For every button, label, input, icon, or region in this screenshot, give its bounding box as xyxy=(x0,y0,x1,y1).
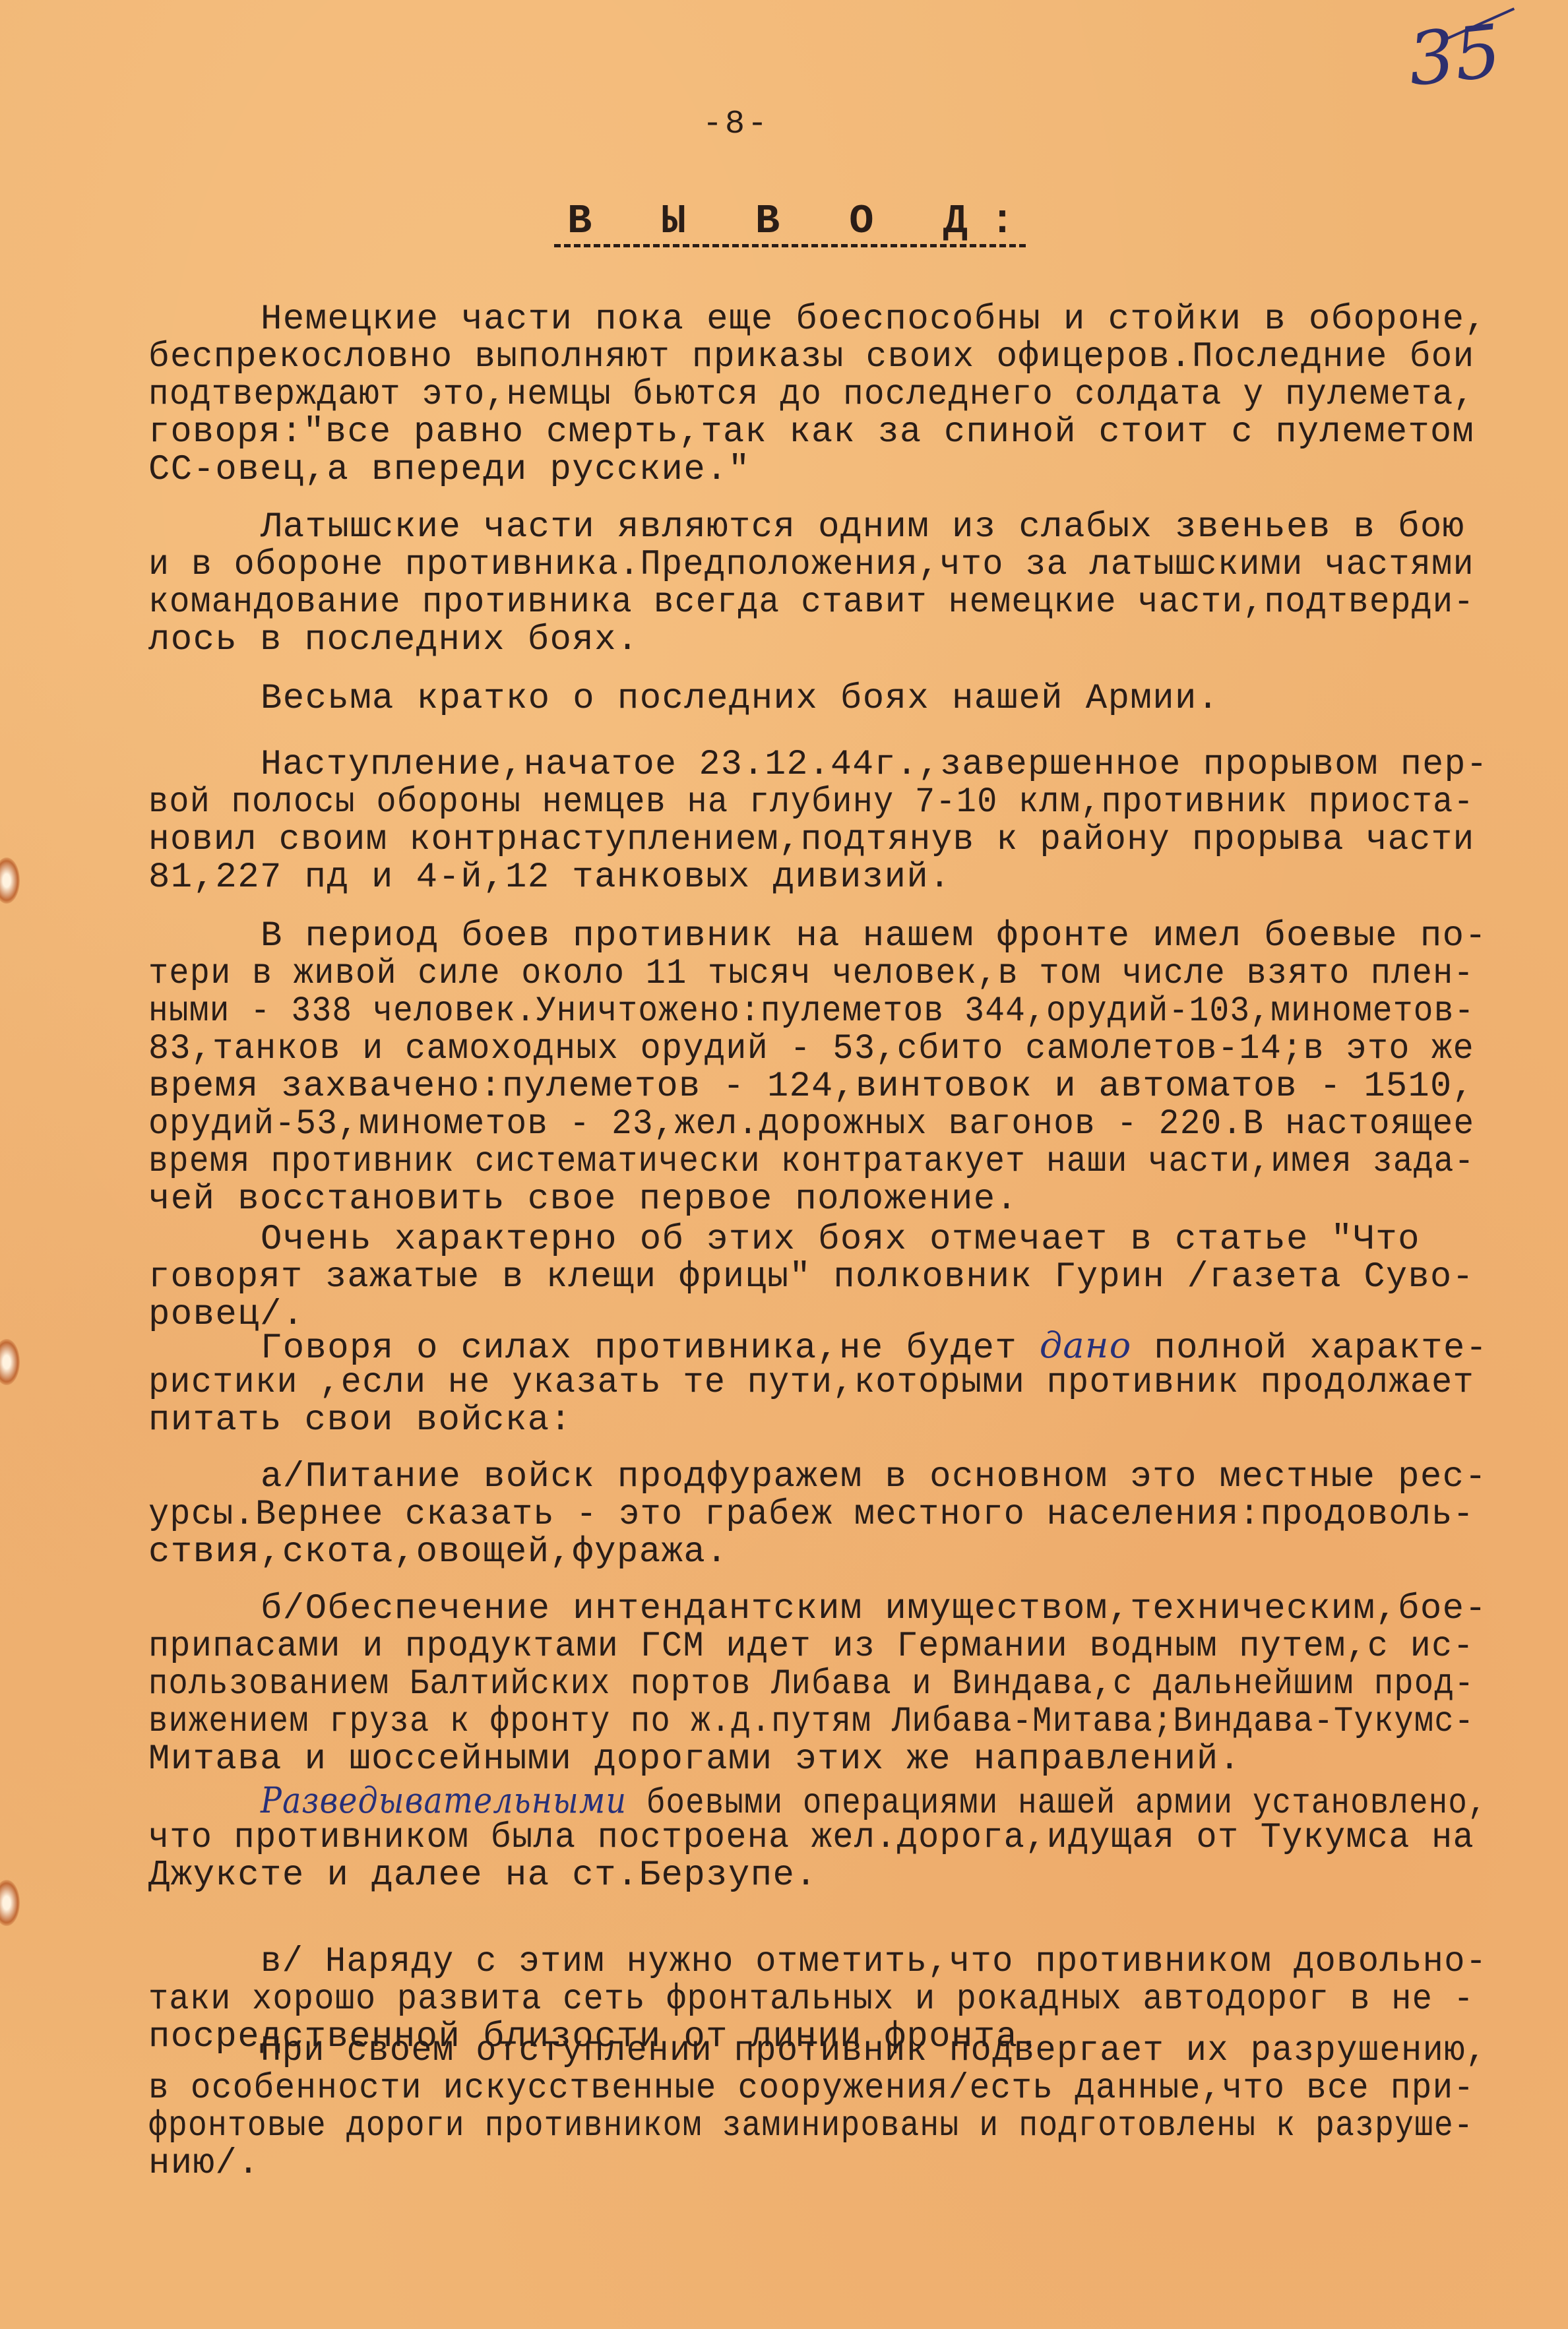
text-line: беспрекословно выполняют приказы своих о… xyxy=(148,338,1475,377)
text-line: в особенности искусственные сооружения/е… xyxy=(148,2069,1474,2109)
text-line: чей восстановить свое первое положение. xyxy=(148,1180,1018,1220)
text-line: командование противника всегда ставит не… xyxy=(148,583,1474,623)
text-line: таки хорошо развита сеть фронтальных и р… xyxy=(148,1980,1474,2020)
text-line: вой полосы обороны немцев на глубину 7-1… xyxy=(148,783,1474,823)
text-line: ристики ,если не указать те пути,которым… xyxy=(148,1363,1474,1403)
text-line: тери в живой силе около 11 тысяч человек… xyxy=(148,954,1474,994)
text-line: вижением груза к фронту по ж.д.путям Либ… xyxy=(148,1702,1474,1742)
title-underline xyxy=(554,244,1026,247)
handwritten-insertion: дано xyxy=(1040,1324,1132,1366)
text-line: нию/. xyxy=(148,2144,260,2184)
text-line: б/Обеспечение интендантским имуществом,т… xyxy=(261,1590,1487,1629)
text-line: фронтовые дороги противником заминирован… xyxy=(148,2107,1474,2146)
text-line: говорят зажатые в клещи фрицы" полковник… xyxy=(148,1258,1474,1297)
text-line: В период боев противник на нашем фронте … xyxy=(261,917,1487,956)
text-line: Весьма кратко о последних боях нашей Арм… xyxy=(261,679,1220,719)
text-line: 83,танков и самоходных орудий - 53,сбито… xyxy=(148,1030,1474,1069)
text-line: 81,227 пд и 4-й,12 танковых дивизий. xyxy=(148,858,951,898)
text-line: Джуксте и далее на ст.Берзупе. xyxy=(148,1856,817,1896)
paper-stain xyxy=(0,1339,20,1385)
page-number: -8- xyxy=(703,106,770,143)
text-line: Очень характерно об этих боях отмечает в… xyxy=(261,1220,1420,1260)
text-line: пользованием Балтийских портов Либава и … xyxy=(148,1665,1474,1704)
text-line: и в обороне противника.Предположения,что… xyxy=(148,545,1474,585)
text-line: Латышские части являются одним из слабых… xyxy=(261,508,1464,547)
text-line: орудий-53,минометов - 23,жел.дорожных ва… xyxy=(148,1105,1474,1144)
paper-stain xyxy=(0,857,20,904)
text-line: время захвачено:пулеметов - 124,винтовок… xyxy=(148,1067,1474,1107)
document-page: 35 -8- В Ы В О Д: Немецкие части пока ещ… xyxy=(0,0,1568,2329)
text-line: При своем отступлении противник подверга… xyxy=(261,2032,1487,2071)
text-line: питать свои войска: xyxy=(148,1401,572,1441)
text-line: припасами и продуктами ГСМ идет из Герма… xyxy=(148,1627,1474,1667)
text-line: Наступление,начатое 23.12.44г.,завершенн… xyxy=(261,745,1488,785)
text-line: ствия,скота,овощей,фуража. xyxy=(148,1533,728,1572)
section-title: В Ы В О Д: xyxy=(567,198,1037,245)
text-line: Немецкие части пока еще боеспособны и ст… xyxy=(261,300,1487,340)
text-line: Митава и шоссейными дорогами этих же нап… xyxy=(148,1740,1241,1780)
text-line: говоря:"все равно смерть,так как за спин… xyxy=(148,413,1474,452)
paper-stain xyxy=(0,1880,20,1926)
text-line: что противником была построена жел.дорог… xyxy=(148,1818,1474,1858)
text-line: СС-овец,а впереди русские." xyxy=(148,450,751,490)
text-line: время противник систематически контратак… xyxy=(148,1142,1475,1182)
text-line: ными - 338 человек.Уничтожено:пулеметов … xyxy=(148,992,1475,1032)
text-line: в/ Наряду с этим нужно отметить,что прот… xyxy=(261,1942,1487,1982)
handwritten-insertion: Разведывательными xyxy=(261,1780,627,1821)
archive-sheet-number: 35 xyxy=(1404,9,1505,102)
text-line: урсы.Вернее сказать - это грабеж местног… xyxy=(148,1495,1474,1535)
text-line: подтверждают это,немцы бьются до последн… xyxy=(148,375,1474,415)
text-line: новил своим контрнаступлением,подтянув к… xyxy=(148,821,1475,860)
text-line: а/Питание войск продфуражем в основном э… xyxy=(261,1458,1487,1497)
text-line: лось в последних боях. xyxy=(148,621,639,660)
